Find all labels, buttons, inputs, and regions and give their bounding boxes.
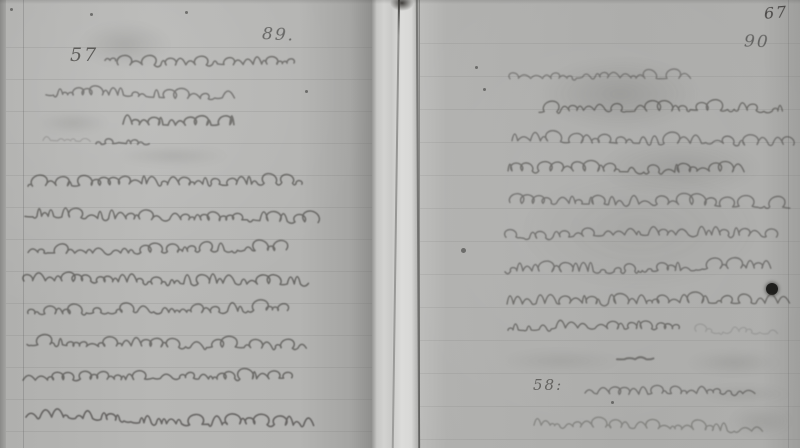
handwriting-stroke — [22, 363, 288, 389]
entry-number-58: 58: — [533, 378, 563, 393]
handwritten-line — [27, 296, 288, 323]
handwritten-line — [507, 316, 678, 339]
handwriting-stroke — [26, 328, 304, 357]
handwriting-stroke — [104, 56, 118, 63]
handwriting-stroke — [509, 186, 787, 215]
handwritten-line — [584, 377, 747, 401]
handwriting-stroke — [509, 65, 691, 89]
handwritten-line — [23, 264, 307, 292]
stain — [688, 350, 780, 375]
speck — [185, 11, 188, 14]
handwriting-stroke — [511, 124, 796, 153]
manuscript-scan: 89. 57 67 90 58: — [0, 0, 800, 448]
handwriting-stroke — [27, 234, 284, 263]
handwritten-line — [117, 46, 293, 74]
handwriting-stroke — [25, 401, 313, 429]
handwritten-line — [24, 199, 310, 229]
handwriting-stroke — [616, 355, 656, 362]
corner-folio-number: 67 — [763, 4, 789, 22]
handwritten-line — [511, 124, 796, 153]
handwriting-stroke — [538, 94, 781, 123]
top-edge-shadow — [0, 0, 800, 4]
handwritten-line — [538, 94, 781, 123]
handwriting-stroke — [27, 168, 304, 196]
handwriting-stroke — [45, 79, 227, 108]
right-page-number: 90 — [744, 34, 770, 52]
handwriting-stroke — [584, 377, 747, 401]
handwriting-stroke — [695, 320, 775, 338]
stain — [38, 112, 108, 134]
handwriting-stroke — [504, 255, 769, 284]
handwritten-line — [25, 401, 313, 429]
handwritten-dash — [616, 355, 656, 362]
handwritten-line — [506, 286, 790, 314]
handwritten-line — [27, 234, 284, 263]
speck — [305, 90, 308, 93]
speck — [90, 13, 93, 16]
speck — [10, 8, 13, 11]
handwritten-line — [504, 255, 769, 284]
handwritten-line — [507, 153, 738, 181]
handwritten-line — [45, 79, 227, 108]
handwritten-dash — [104, 56, 118, 63]
handwriting-stroke — [23, 264, 307, 292]
handwriting-stroke — [42, 133, 90, 145]
speck — [475, 66, 478, 69]
handwritten-ghost-line — [695, 320, 775, 338]
handwriting-stroke — [507, 153, 738, 181]
handwriting-stroke — [505, 219, 777, 247]
handwritten-line — [505, 219, 777, 247]
handwritten-faint-marks — [42, 133, 90, 145]
handwriting-stroke — [507, 316, 678, 339]
handwritten-line — [122, 106, 237, 135]
left-page-number: 89. — [262, 26, 296, 45]
handwriting-stroke — [24, 199, 310, 229]
handwriting-stroke — [533, 410, 759, 436]
handwritten-line — [22, 363, 288, 389]
speck — [483, 88, 486, 91]
margin-line-right — [788, 0, 789, 448]
stain — [118, 146, 228, 166]
handwritten-line — [509, 65, 691, 89]
handwriting-stroke — [95, 137, 150, 148]
entry-number-57: 57 — [70, 46, 98, 65]
handwritten-line — [27, 168, 304, 196]
handwritten-line — [26, 328, 304, 357]
handwritten-line — [533, 410, 759, 436]
handwriting-stroke — [506, 286, 790, 314]
handwriting-stroke — [122, 106, 237, 135]
handwriting-stroke — [27, 296, 288, 323]
stain — [500, 350, 620, 372]
handwriting-stroke — [117, 46, 293, 74]
speck — [461, 248, 466, 253]
handwritten-dash — [95, 137, 150, 148]
handwritten-line — [509, 186, 787, 215]
